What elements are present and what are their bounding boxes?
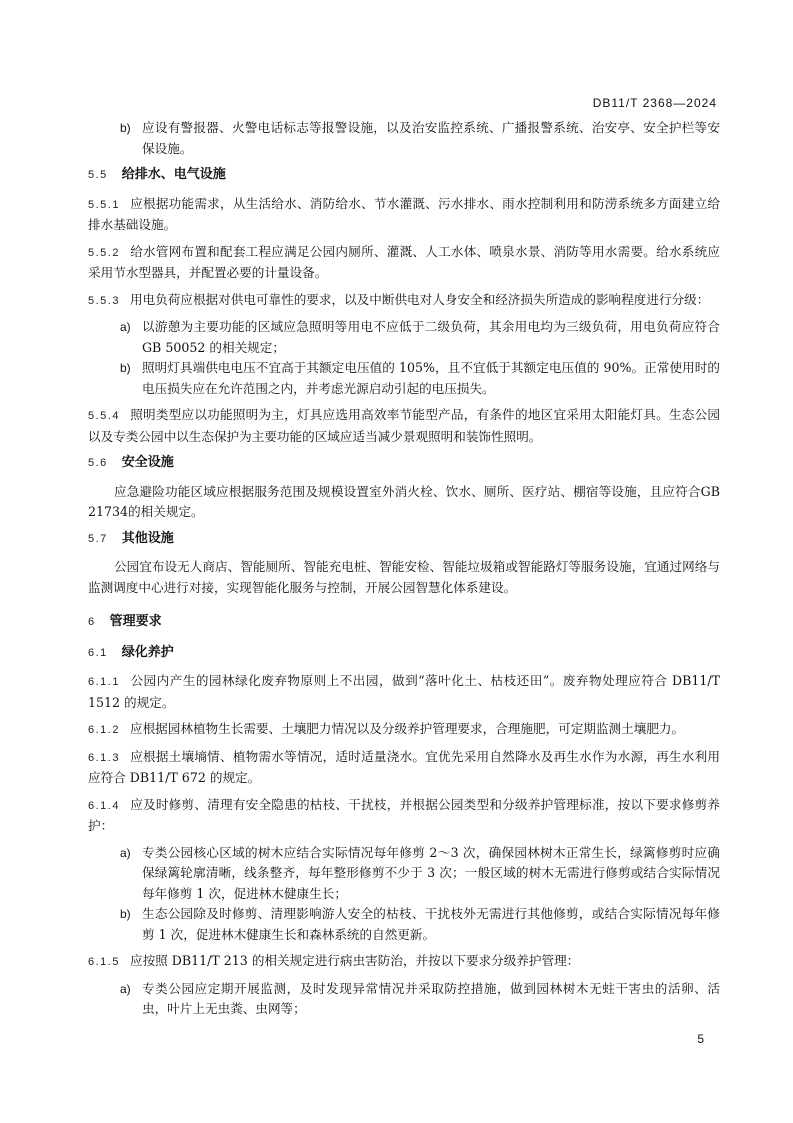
list-item-text: 专类公园应定期开展监测，及时发现异常情况并采取防控措施，做到园林树木无蛀干害虫的… — [142, 981, 720, 1017]
clause-5-5-4: 5.5.4照明类型应以功能照明为主，灯具应选用高效率节能型产品，有条件的地区宜采… — [88, 405, 720, 447]
list-marker: b) — [120, 358, 131, 379]
list-marker: b) — [120, 904, 131, 925]
list-6-1-5: a) 专类公园应定期开展监测，及时发现异常情况并采取防控措施，做到园林树木无蛀干… — [88, 979, 720, 1020]
list-item: b) 应设有警报器、火警电话标志等报警设施，以及治安监控系统、广播报警系统、治安… — [88, 118, 720, 159]
list-item: a) 专类公园应定期开展监测，及时发现异常情况并采取防控措施，做到园林树木无蛀干… — [88, 979, 720, 1020]
list-item: b) 照明灯具端供电电压不宜高于其额定电压值的 105%，且不宜低于其额定电压值… — [88, 358, 720, 399]
page-content: b) 应设有警报器、火警电话标志等报警设施，以及治安监控系统、广播报警系统、治安… — [88, 118, 720, 1026]
list-marker: a) — [120, 317, 131, 338]
clause-5-5-1: 5.5.1应根据功能需求，从生活给水、消防给水、节水灌溉、污水排水、雨水控制利用… — [88, 194, 720, 236]
list-item-text: 以游憩为主要功能的区域应急照明等用电不应低于二级负荷，其余用电均为三级负荷，用电… — [142, 319, 720, 355]
list-item-text: 照明灯具端供电电压不宜高于其额定电压值的 105%，且不宜低于其额定电压值的 9… — [142, 360, 720, 396]
list-6-1-4: a) 专类公园核心区域的树木应结合实际情况每年修剪 2～3 次，确保园林树木正常… — [88, 843, 720, 946]
chapter-heading-6: 6管理要求 — [88, 612, 720, 633]
section-heading-6-1: 6.1绿化养护 — [88, 643, 720, 664]
paragraph-5-6: 应急避险功能区域应根据服务范围及规模设置室外消火栓、饮水、厕所、医疗站、棚宿等设… — [88, 482, 720, 523]
clause-6-1-2: 6.1.2应根据园林植物生长需要、土壤肥力情况以及分级养护管理要求，合理施肥，可… — [88, 719, 720, 741]
list-marker: a) — [120, 843, 131, 864]
list-item: a) 以游憩为主要功能的区域应急照明等用电不应低于二级负荷，其余用电均为三级负荷… — [88, 317, 720, 358]
section-heading-5-7: 5.7其他设施 — [88, 529, 720, 550]
section-heading-5-6: 5.6安全设施 — [88, 453, 720, 474]
list-marker: a) — [120, 979, 131, 1000]
list-item: a) 专类公园核心区域的树木应结合实际情况每年修剪 2～3 次，确保园林树木正常… — [88, 843, 720, 905]
clause-5-5-2: 5.5.2给水管网布置和配套工程应满足公园内厕所、灌溉、人工水体、喷泉水景、消防… — [88, 242, 720, 284]
standard-code: DB11/T 2368—2024 — [593, 96, 717, 110]
clause-6-1-1: 6.1.1公园内产生的园林绿化废弃物原则上不出园，做到“落叶化土、枯枝还田”。废… — [88, 671, 720, 713]
clause-6-1-5: 6.1.5应按照 DB11/T 213 的相关规定进行病虫害防治，并按以下要求分… — [88, 951, 720, 973]
section-heading-5-5: 5.5给排水、电气设施 — [88, 165, 720, 186]
document-page: DB11/T 2368—2024 b) 应设有警报器、火警电话标志等报警设施，以… — [0, 0, 793, 1123]
clause-6-1-4: 6.1.4应及时修剪、清理有安全隐患的枯枝、干扰枝，并根据公园类型和分级养护管理… — [88, 795, 720, 837]
list-5-4-2: b) 应设有警报器、火警电话标志等报警设施，以及治安监控系统、广播报警系统、治安… — [88, 118, 720, 159]
list-item-text: 专类公园核心区域的树木应结合实际情况每年修剪 2～3 次，确保园林树木正常生长，… — [142, 845, 720, 901]
page-number: 5 — [697, 1032, 704, 1046]
list-item-text: 应设有警报器、火警电话标志等报警设施，以及治安监控系统、广播报警系统、治安亭、安… — [142, 120, 720, 156]
list-item-text: 生态公园除及时修剪、清理影响游人安全的枯枝、干扰枝外无需进行其他修剪，或结合实际… — [142, 906, 720, 942]
list-item: b) 生态公园除及时修剪、清理影响游人安全的枯枝、干扰枝外无需进行其他修剪，或结… — [88, 904, 720, 945]
clause-6-1-3: 6.1.3应根据土壤墒情、植物需水等情况，适时适量浇水。宜优先采用自然降水及再生… — [88, 747, 720, 789]
paragraph-5-7: 公园宜布设无人商店、智能厕所、智能充电桩、智能安检、智能垃圾箱或智能路灯等服务设… — [88, 557, 720, 598]
list-marker: b) — [120, 118, 131, 139]
list-5-5-3: a) 以游憩为主要功能的区域应急照明等用电不应低于二级负荷，其余用电均为三级负荷… — [88, 317, 720, 399]
clause-5-5-3: 5.5.3用电负荷应根据对供电可靠性的要求，以及中断供电对人身安全和经济损失所造… — [88, 290, 720, 312]
